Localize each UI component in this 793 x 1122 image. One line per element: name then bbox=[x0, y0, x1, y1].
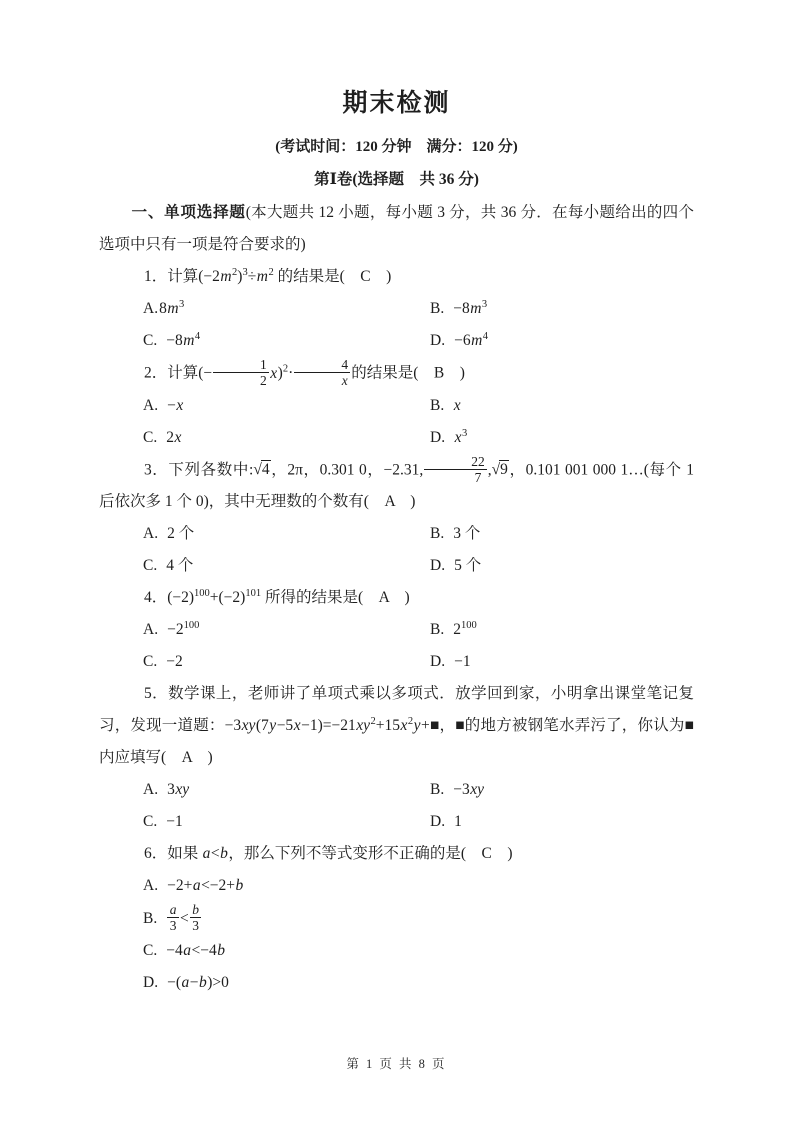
option-value: −1 bbox=[454, 653, 471, 670]
option-label: C. bbox=[143, 332, 157, 349]
option-value: 2100 bbox=[453, 621, 477, 638]
page-title: 期末检测 bbox=[99, 88, 694, 120]
option-value: −8m3 bbox=[453, 300, 487, 317]
question-2-stem: 2．计算(−12x)2·4x的结果是( B ) bbox=[99, 357, 694, 390]
option-value: −x bbox=[167, 397, 184, 414]
question-4-options: A.−2100 B.2100 C.−2 D.−1 bbox=[143, 614, 694, 678]
option-label: D. bbox=[430, 653, 445, 670]
question-2: 2．计算(−12x)2·4x的结果是( B ) A.−x B.x C.2x D.… bbox=[99, 357, 694, 454]
question-1-option-b: B.−8m3 bbox=[430, 293, 694, 325]
question-1-options: A.8m3 B.−8m3 C.−8m4 D.−6m4 bbox=[143, 293, 694, 357]
question-4-stem: 4．(−2)100+(−2)101 所得的结果是( A ) bbox=[99, 582, 694, 614]
question-4-option-d: D.−1 bbox=[430, 646, 694, 678]
option-label: B. bbox=[430, 397, 444, 414]
option-value: −2+a<−2+b bbox=[167, 877, 244, 894]
option-label: C. bbox=[143, 813, 157, 830]
option-label: C. bbox=[143, 429, 157, 446]
question-4-option-a: A.−2100 bbox=[143, 614, 430, 646]
option-label: D. bbox=[143, 974, 158, 991]
option-label: D. bbox=[430, 429, 445, 446]
question-5-options: A.3xy B.−3xy C.−1 D.1 bbox=[143, 774, 694, 838]
option-value: x bbox=[453, 397, 461, 414]
question-3-option-b: B.3 个 bbox=[430, 518, 694, 550]
option-label: A. bbox=[143, 621, 158, 638]
option-value: −6m4 bbox=[454, 332, 488, 349]
question-2-option-d: D.x3 bbox=[430, 422, 694, 454]
question-5: 5．数学课上，老师讲了单项式乘以多项式．放学回到家，小明拿出课堂笔记复习，发现一… bbox=[99, 678, 694, 838]
question-5-option-d: D.1 bbox=[430, 806, 694, 838]
question-5-option-b: B.−3xy bbox=[430, 774, 694, 806]
option-value: 2x bbox=[166, 429, 182, 446]
question-2-options: A.−x B.x C.2x D.x3 bbox=[143, 390, 694, 454]
question-6-option-a: A.−2+a<−2+b bbox=[143, 870, 694, 902]
option-label: A. bbox=[143, 525, 158, 542]
option-label: A. bbox=[143, 781, 158, 798]
question-2-option-a: A.−x bbox=[143, 390, 430, 422]
question-3: 3．下列各数中:√4，2π，0.301 0，−2.31,227,√9，0.101… bbox=[99, 454, 694, 583]
option-value: 3 个 bbox=[453, 525, 480, 542]
option-label: D. bbox=[430, 557, 445, 574]
option-value: 4 个 bbox=[166, 557, 193, 574]
question-1-option-c: C.−8m4 bbox=[143, 325, 430, 357]
option-label: A. bbox=[143, 300, 158, 317]
question-5-option-c: C.−1 bbox=[143, 806, 430, 838]
option-label: A. bbox=[143, 397, 158, 414]
question-5-stem: 5．数学课上，老师讲了单项式乘以多项式．放学回到家，小明拿出课堂笔记复习，发现一… bbox=[99, 678, 694, 774]
option-value: −3xy bbox=[453, 781, 484, 798]
option-label: D. bbox=[430, 332, 445, 349]
document-page: 期末检测 (考试时间：120 分钟 满分：120 分) 第Ⅰ卷(选择题 共 36… bbox=[0, 0, 793, 1122]
question-6-option-d: D.−(a−b)>0 bbox=[143, 967, 694, 999]
question-5-option-a: A.3xy bbox=[143, 774, 430, 806]
question-1-option-a: A.8m3 bbox=[143, 293, 430, 325]
question-4-option-b: B.2100 bbox=[430, 614, 694, 646]
option-value: −2 bbox=[166, 653, 183, 670]
question-4-option-c: C.−2 bbox=[143, 646, 430, 678]
question-6-option-b: B.a3<b3 bbox=[143, 902, 694, 935]
question-1-stem: 1．计算(−2m2)3÷m2 的结果是( C ) bbox=[99, 261, 694, 293]
section-instructions: 一、单项选择题(本大题共 12 小题，每小题 3 分，共 36 分．在每小题给出… bbox=[99, 197, 694, 261]
option-value: 3xy bbox=[167, 781, 190, 798]
option-label: B. bbox=[430, 781, 444, 798]
question-3-options: A.2 个 B.3 个 C.4 个 D.5 个 bbox=[143, 518, 694, 582]
option-value: −1 bbox=[166, 813, 183, 830]
question-6-stem: 6．如果 a<b，那么下列不等式变形不正确的是( C ) bbox=[99, 838, 694, 870]
page-number: 第 1 页 共 8 页 bbox=[0, 1054, 793, 1072]
option-label: B. bbox=[430, 525, 444, 542]
option-value: x3 bbox=[454, 429, 467, 446]
question-3-option-d: D.5 个 bbox=[430, 550, 694, 582]
question-6-options: A.−2+a<−2+b B.a3<b3 C.−4a<−4b D.−(a−b)>0 bbox=[143, 870, 694, 999]
option-value: −4a<−4b bbox=[166, 942, 225, 959]
option-value: −(a−b)>0 bbox=[167, 974, 229, 991]
question-6-option-c: C.−4a<−4b bbox=[143, 935, 694, 967]
option-label: A. bbox=[143, 877, 158, 894]
question-4: 4．(−2)100+(−2)101 所得的结果是( A ) A.−2100 B.… bbox=[99, 582, 694, 678]
option-label: B. bbox=[430, 300, 444, 317]
question-6: 6．如果 a<b，那么下列不等式变形不正确的是( C ) A.−2+a<−2+b… bbox=[99, 838, 694, 999]
option-label: C. bbox=[143, 557, 157, 574]
option-label: C. bbox=[143, 653, 157, 670]
option-label: B. bbox=[143, 910, 157, 927]
question-2-option-c: C.2x bbox=[143, 422, 430, 454]
option-value: 8m3 bbox=[159, 300, 184, 317]
option-value: −8m4 bbox=[166, 332, 200, 349]
question-1-option-d: D.−6m4 bbox=[430, 325, 694, 357]
question-2-option-b: B.x bbox=[430, 390, 694, 422]
option-value: 5 个 bbox=[454, 557, 481, 574]
option-label: C. bbox=[143, 942, 157, 959]
question-1: 1．计算(−2m2)3÷m2 的结果是( C ) A.8m3 B.−8m3 C.… bbox=[99, 261, 694, 357]
option-value: −2100 bbox=[167, 621, 199, 638]
option-value: 2 个 bbox=[167, 525, 194, 542]
question-3-option-a: A.2 个 bbox=[143, 518, 430, 550]
option-value: 1 bbox=[454, 813, 462, 830]
volume-heading: 第Ⅰ卷(选择题 共 36 分) bbox=[99, 165, 694, 195]
option-label: B. bbox=[430, 621, 444, 638]
exam-info: (考试时间：120 分钟 满分：120 分) bbox=[99, 132, 694, 162]
question-3-stem: 3．下列各数中:√4，2π，0.301 0，−2.31,227,√9，0.101… bbox=[99, 454, 694, 519]
option-label: D. bbox=[430, 813, 445, 830]
question-3-option-c: C.4 个 bbox=[143, 550, 430, 582]
option-value: a3<b3 bbox=[166, 910, 202, 927]
